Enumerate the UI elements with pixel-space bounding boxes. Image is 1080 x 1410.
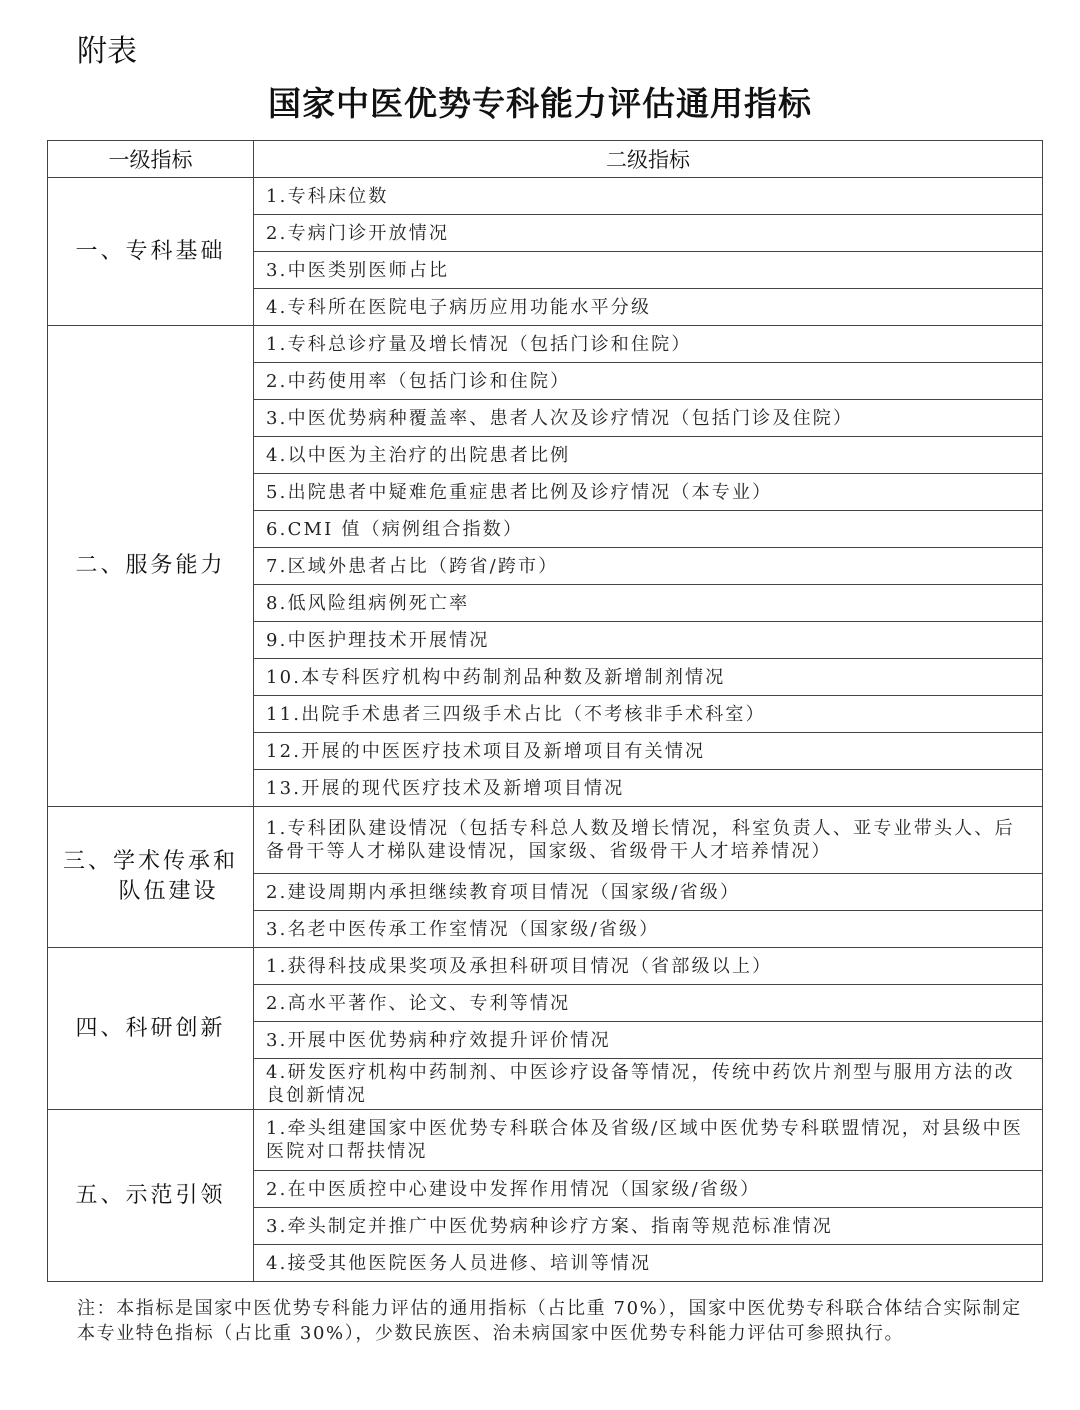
table-row: 二、服务能力 1.专科总诊疗量及增长情况（包括门诊和住院）	[48, 326, 1043, 363]
indicator-item: 1.专科床位数	[254, 178, 1043, 215]
indicator-item: 3.开展中医优势病种疗效提升评价情况	[254, 1022, 1043, 1059]
indicator-item: 1.专科团队建设情况（包括专科总人数及增长情况，科室负责人、亚专业带头人、后备骨…	[254, 807, 1043, 874]
indicator-item: 9.中医护理技术开展情况	[254, 622, 1043, 659]
document-title: 国家中医优势专科能力评估通用指标	[0, 78, 1080, 125]
table-row: 五、示范引领 1.牵头组建国家中医优势专科联合体及省级/区域中医优势专科联盟情况…	[48, 1110, 1043, 1171]
indicator-item: 1.获得科技成果奖项及承担科研项目情况（省部级以上）	[254, 948, 1043, 985]
section-label-research: 四、科研创新	[48, 948, 254, 1110]
indicator-item: 1.专科总诊疗量及增长情况（包括门诊和住院）	[254, 326, 1043, 363]
indicator-item: 3.中医优势病种覆盖率、患者人次及诊疗情况（包括门诊及住院）	[254, 400, 1043, 437]
indicator-item: 11.出院手术患者三四级手术占比（不考核非手术科室）	[254, 696, 1043, 733]
indicator-item: 3.名老中医传承工作室情况（国家级/省级）	[254, 911, 1043, 948]
table-row: 三、学术传承和 队伍建设 1.专科团队建设情况（包括专科总人数及增长情况，科室负…	[48, 807, 1043, 874]
indicator-item: 3.牵头制定并推广中医优势病种诊疗方案、指南等规范标准情况	[254, 1208, 1043, 1245]
indicator-item: 10.本专科医疗机构中药制剂品种数及新增制剂情况	[254, 659, 1043, 696]
section-label-line1: 三、学术传承和	[48, 847, 253, 877]
indicator-item: 2.在中医质控中心建设中发挥作用情况（国家级/省级）	[254, 1171, 1043, 1208]
table-header-row: 一级指标 二级指标	[48, 141, 1043, 178]
indicator-item: 2.专病门诊开放情况	[254, 215, 1043, 252]
indicator-item: 6.CMI 值（病例组合指数）	[254, 511, 1043, 548]
indicator-item: 12.开展的中医医疗技术项目及新增项目有关情况	[254, 733, 1043, 770]
indicator-item: 2.建设周期内承担继续教育项目情况（国家级/省级）	[254, 874, 1043, 911]
indicators-table: 一级指标 二级指标 一、专科基础 1.专科床位数 2.专病门诊开放情况 3.中医…	[47, 140, 1043, 1282]
indicator-item: 4.以中医为主治疗的出院患者比例	[254, 437, 1043, 474]
header-level2: 二级指标	[254, 141, 1043, 178]
indicator-item: 4.研发医疗机构中药制剂、中医诊疗设备等情况，传统中药饮片剂型与服用方法的改良创…	[254, 1059, 1043, 1110]
indicator-item: 4.专科所在医院电子病历应用功能水平分级	[254, 289, 1043, 326]
footnote: 注：本指标是国家中医优势专科能力评估的通用指标（占比重 70%），国家中医优势专…	[77, 1296, 1027, 1346]
section-label-academic: 三、学术传承和 队伍建设	[48, 807, 254, 948]
section-label-line2: 队伍建设	[48, 877, 253, 907]
section-label-leadership: 五、示范引领	[48, 1110, 254, 1282]
indicator-item: 8.低风险组病例死亡率	[254, 585, 1043, 622]
indicator-item: 13.开展的现代医疗技术及新增项目情况	[254, 770, 1043, 807]
section-label-foundation: 一、专科基础	[48, 178, 254, 326]
attachment-label: 附表	[77, 26, 137, 70]
header-level1: 一级指标	[48, 141, 254, 178]
indicator-item: 2.高水平著作、论文、专利等情况	[254, 985, 1043, 1022]
table-row: 四、科研创新 1.获得科技成果奖项及承担科研项目情况（省部级以上）	[48, 948, 1043, 985]
table-row: 一、专科基础 1.专科床位数	[48, 178, 1043, 215]
indicator-item: 4.接受其他医院医务人员进修、培训等情况	[254, 1245, 1043, 1282]
indicator-item: 7.区域外患者占比（跨省/跨市）	[254, 548, 1043, 585]
indicator-item: 3.中医类别医师占比	[254, 252, 1043, 289]
indicator-item: 5.出院患者中疑难危重症患者比例及诊疗情况（本专业）	[254, 474, 1043, 511]
indicator-item: 1.牵头组建国家中医优势专科联合体及省级/区域中医优势专科联盟情况，对县级中医医…	[254, 1110, 1043, 1171]
section-label-service: 二、服务能力	[48, 326, 254, 807]
indicator-item: 2.中药使用率（包括门诊和住院）	[254, 363, 1043, 400]
